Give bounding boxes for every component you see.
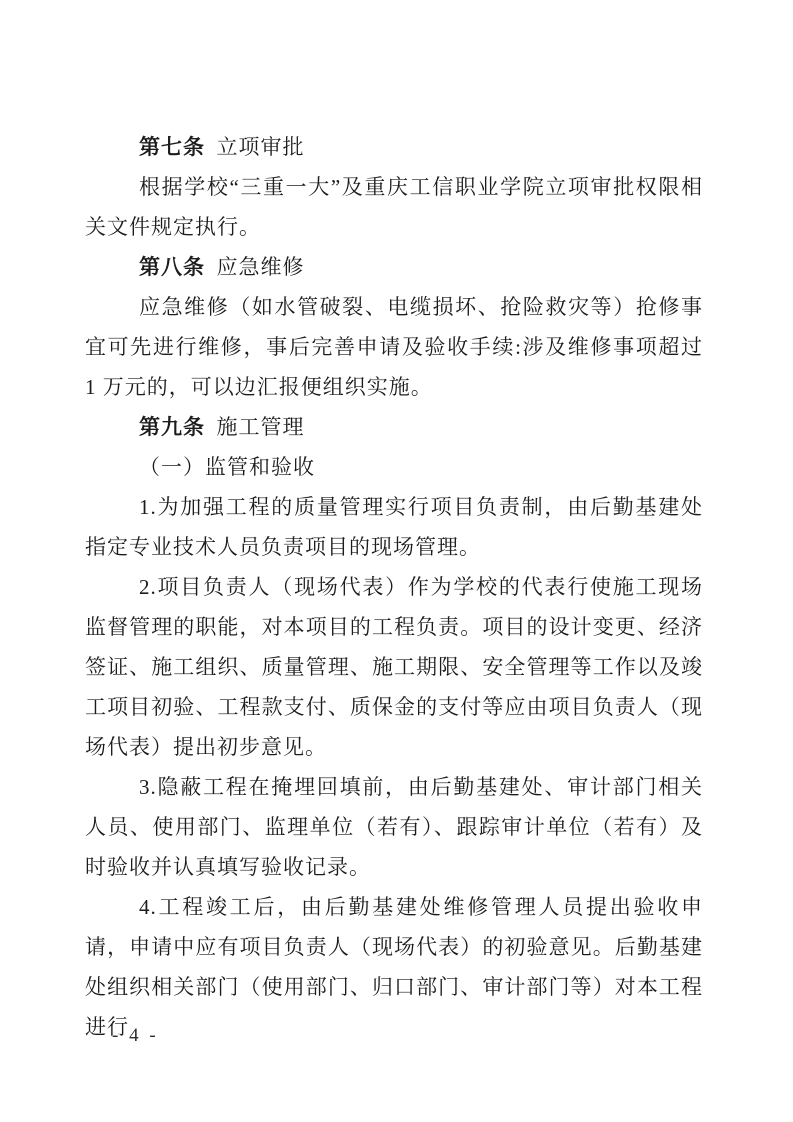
subheading-supervision-acceptance: （一）监管和验收 <box>85 447 703 487</box>
article-title-9: 施工管理 <box>217 415 305 439</box>
paragraph-article8-body: 应急维修（如水管破裂、电缆损坏、抢险救灾等）抢修事宜可先进行维修，事后完善申请及… <box>85 287 703 407</box>
article-title-8: 应急维修 <box>217 255 305 279</box>
paragraph-item-3: 3.隐蔽工程在掩埋回填前，由后勤基建处、审计部门相关人员、使用部门、监理单位（若… <box>85 767 703 887</box>
article-number-8: 第八条 <box>139 255 205 279</box>
article-title-7: 立项审批 <box>217 135 305 159</box>
article-heading-7: 第七条立项审批 <box>85 127 703 167</box>
article-number-9: 第九条 <box>139 415 205 439</box>
article-heading-9: 第九条施工管理 <box>85 407 703 447</box>
document-page: 第七条立项审批 根据学校“三重一大”及重庆工信职业学院立项审批权限相关文件规定执… <box>0 0 793 1122</box>
paragraph-item-4: 4.工程竣工后，由后勤基建处维修管理人员提出验收申请，申请中应有项目负责人（现场… <box>85 887 703 1047</box>
article-heading-8: 第八条应急维修 <box>85 247 703 287</box>
paragraph-item-2: 2.项目负责人（现场代表）作为学校的代表行使施工现场监督管理的职能，对本项目的工… <box>85 567 703 767</box>
paragraph-item-1: 1.为加强工程的质量管理实行项目负责制，由后勤基建处指定专业技术人员负责项目的现… <box>85 487 703 567</box>
article-number-7: 第七条 <box>139 135 205 159</box>
paragraph-article7-body: 根据学校“三重一大”及重庆工信职业学院立项审批权限相关文件规定执行。 <box>85 167 703 247</box>
page-number: - 4 - <box>112 1022 159 1050</box>
document-body: 第七条立项审批 根据学校“三重一大”及重庆工信职业学院立项审批权限相关文件规定执… <box>85 127 703 1047</box>
